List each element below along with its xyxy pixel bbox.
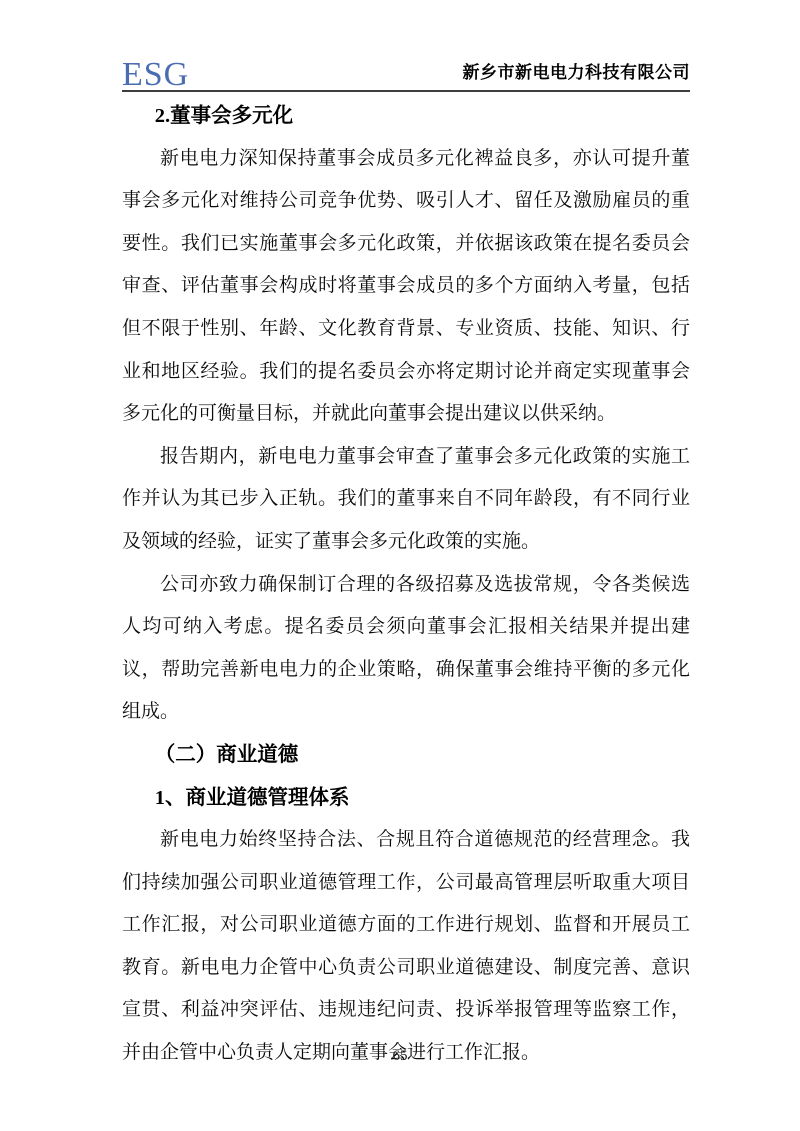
paragraph-board-diversity-2: 报告期内，新电电力董事会审查了董事会多元化政策的实施工作并认为其已步入正轨。我们… [122,436,690,564]
paragraph-ethics-management-1: 新电电力始终坚持合法、合规且符合道德规范的经营理念。我们持续加强公司职业道德管理… [122,819,690,1075]
paragraph-board-diversity-1: 新电电力深知保持董事会成员多元化裨益良多，亦认可提升董事会多元化对维持公司竞争优… [122,138,690,436]
page-number: 65 [0,1048,800,1065]
esg-logo: ESG [122,59,189,90]
section-heading-board-diversity: 2.董事会多元化 [122,95,690,138]
company-name: 新乡市新电电力科技有限公司 [463,64,691,90]
paragraph-board-diversity-3: 公司亦致力确保制订合理的各级招募及选拔常规，令各类候选人均可纳入考虑。提名委员会… [122,564,690,734]
document-page: ESG 新乡市新电电力科技有限公司 2.董事会多元化 新电电力深知保持董事会成员… [0,0,800,1131]
section-heading-ethics-management-system: 1、商业道德管理体系 [122,777,690,820]
section-heading-business-ethics: （二）商业道德 [122,734,690,777]
page-header: ESG 新乡市新电电力科技有限公司 [122,46,690,92]
document-body: 2.董事会多元化 新电电力深知保持董事会成员多元化裨益良多，亦认可提升董事会多元… [122,95,690,1075]
